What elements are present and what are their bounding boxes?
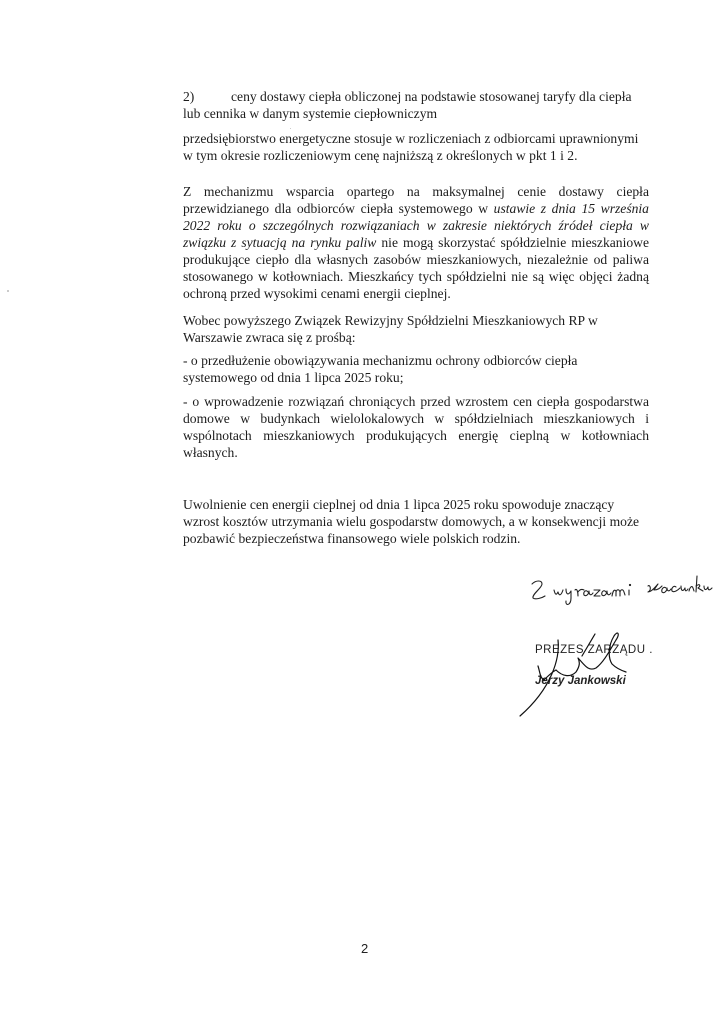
scan-speck [7, 290, 9, 292]
signature-block: PREZES ZARZĄDU . Jerzy Jankowski [500, 628, 680, 728]
paragraph-mechanism: Z mechanizmu wsparcia opartego na maksym… [183, 183, 649, 302]
list-item-2: 2)ceny dostawy ciepła obliczonej na pods… [183, 88, 649, 122]
handwritten-closing [528, 556, 724, 616]
paragraph-conclusion: Uwolnienie cen energii cieplnej od dnia … [183, 496, 649, 547]
paragraph-request-2: - o wprowadzenie rozwiązań chroniących p… [183, 393, 649, 461]
document-page: 2)ceny dostawy ciepła obliczonej na pods… [0, 0, 724, 1024]
paragraph-request-1: - o przedłużenie obowiązywania mechanizm… [183, 352, 649, 386]
paragraph-continuation: przedsiębiorstwo energetyczne stosuje w … [183, 130, 649, 164]
paragraph-request-intro: Wobec powyższego Związek Rewizyjny Spółd… [183, 312, 649, 346]
list-item-number: 2) [183, 88, 231, 105]
scan-speck [290, 128, 291, 129]
handwriting-icon [528, 556, 724, 616]
signature-icon [500, 628, 680, 728]
page-number: 2 [361, 941, 368, 956]
list-item-text: ceny dostawy ciepła obliczonej na podsta… [183, 89, 632, 121]
